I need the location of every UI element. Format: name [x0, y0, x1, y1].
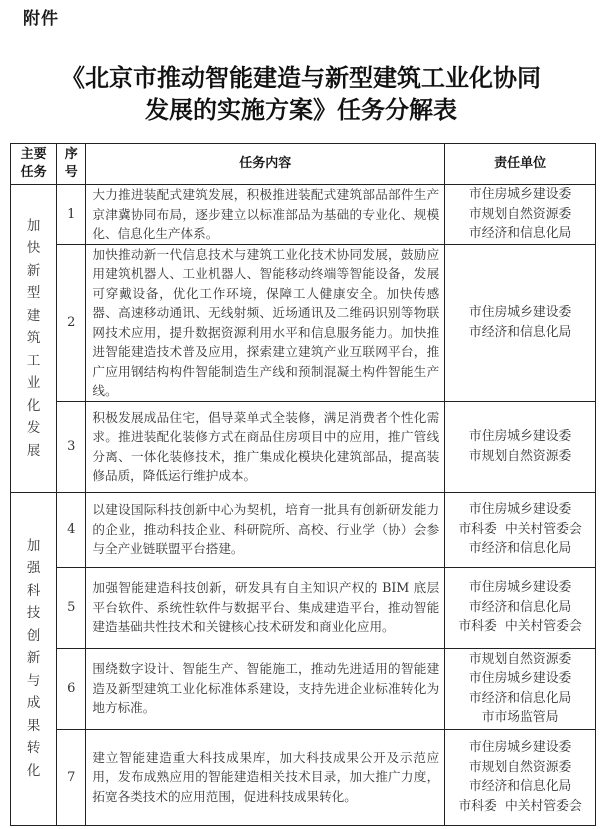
task-content: 加快推动新一代信息技术与建筑工业化技术协同发展，鼓励应用建筑机器人、工业机器人、…	[86, 244, 445, 401]
group-char: 创	[11, 625, 56, 648]
header-seq: 序 号	[57, 144, 86, 185]
responsible-units: 市住房城乡建设委 市经济和信息化局	[445, 244, 596, 401]
header-seq-line-2: 号	[57, 164, 85, 182]
group-char: 加	[11, 535, 56, 558]
unit-name: 市住房城乡建设委	[445, 669, 595, 689]
header-content: 任务内容	[86, 144, 445, 185]
group-char: 果	[11, 715, 56, 738]
table-row: 加 快 新 型 建 筑 工 业 化 发 展 1 大力推进装配式建筑发展，积极推进…	[11, 185, 596, 245]
responsible-units: 市规划自然资源委 市住房城乡建设委 市经济和信息化局 市市场监管局	[445, 648, 596, 729]
unit-name: 市规划自然资源委	[445, 205, 595, 225]
group-char: 与	[11, 670, 56, 693]
group-char: 强	[11, 557, 56, 580]
unit-name: 市住房城乡建设委	[445, 303, 595, 323]
header-seq-line-1: 序	[57, 146, 85, 164]
header-main-task-line-2: 任务	[11, 164, 56, 182]
header-main-task-line-1: 主要	[11, 146, 56, 164]
group-char: 加	[11, 215, 56, 238]
unit-name: 市经济和信息化局	[445, 777, 595, 797]
seq-number: 7	[57, 729, 86, 825]
unit-name: 市科委 中关村管委会	[445, 617, 595, 637]
seq-number: 5	[57, 567, 86, 648]
group-char: 转	[11, 737, 56, 760]
unit-name: 市住房城乡建设委	[445, 500, 595, 520]
responsible-units: 市住房城乡建设委 市科委 中关村管委会 市经济和信息化局	[445, 492, 596, 567]
group-char: 成	[11, 692, 56, 715]
unit-name: 市经济和信息化局	[445, 224, 595, 244]
attachment-label: 附件	[23, 4, 59, 29]
document-title-line-1: 《北京市推动智能建造与新型建筑工业化协同	[0, 58, 602, 93]
group-char: 化	[11, 760, 56, 783]
table-row: 3 积极发展成品住宅，倡导菜单式全装修，满足消费者个性化需求。推进装配化装修方式…	[11, 401, 596, 492]
unit-name: 市规划自然资源委	[445, 447, 595, 467]
header-main-task: 主要 任务	[11, 144, 57, 185]
responsible-units: 市住房城乡建设委 市规划自然资源委 市经济和信息化局 市科委 中关村管委会	[445, 729, 596, 825]
group-char: 业	[11, 372, 56, 395]
unit-name: 市经济和信息化局	[445, 598, 595, 618]
seq-number: 1	[57, 185, 86, 245]
unit-name: 市市场监管局	[445, 708, 595, 728]
group-char: 建	[11, 305, 56, 328]
unit-name: 市规划自然资源委	[445, 650, 595, 670]
group-char: 发	[11, 417, 56, 440]
seq-number: 3	[57, 401, 86, 492]
unit-name: 市规划自然资源委	[445, 758, 595, 778]
document-title-line-2: 发展的实施方案》任务分解表	[0, 90, 602, 125]
main-task-group-2: 加 强 科 技 创 新 与 成 果 转 化	[11, 492, 57, 825]
unit-name: 市住房城乡建设委	[445, 185, 595, 205]
group-char: 技	[11, 602, 56, 625]
table-row: 7 建立智能建造重大科技成果库，加大科技成果公开及示范应用，发布成熟应用的智能建…	[11, 729, 596, 825]
unit-name: 市科委 中关村管委会	[445, 520, 595, 540]
group-char: 科	[11, 580, 56, 603]
table-row: 5 加强智能建造科技创新，研发具有自主知识产权的 BIM 底层平台软件、系统性软…	[11, 567, 596, 648]
group-char: 快	[11, 237, 56, 260]
unit-name: 市经济和信息化局	[445, 323, 595, 343]
responsible-units: 市住房城乡建设委 市规划自然资源委 市经济和信息化局	[445, 185, 596, 245]
group-char: 型	[11, 282, 56, 305]
table-row: 2 加快推动新一代信息技术与建筑工业化技术协同发展，鼓励应用建筑机器人、工业机器…	[11, 244, 596, 401]
task-content: 以建设国际科技创新中心为契机，培育一批具有创新研发能力的企业，推动科技企业、科研…	[86, 492, 445, 567]
group-char: 展	[11, 440, 56, 463]
group-char: 新	[11, 260, 56, 283]
seq-number: 4	[57, 492, 86, 567]
responsible-units: 市住房城乡建设委 市规划自然资源委	[445, 401, 596, 492]
table-row: 6 围绕数字设计、智能生产、智能施工，推动先进适用的智能建造及新型建筑工业化标准…	[11, 648, 596, 729]
unit-name: 市住房城乡建设委	[445, 738, 595, 758]
task-content: 大力推进装配式建筑发展，积极推进装配式建筑部品部件生产京津冀协同布局，逐步建立以…	[86, 185, 445, 245]
group-char: 工	[11, 350, 56, 373]
task-content: 建立智能建造重大科技成果库，加大科技成果公开及示范应用，发布成熟应用的智能建造相…	[86, 729, 445, 825]
group-char: 筑	[11, 327, 56, 350]
unit-name: 市科委 中关村管委会	[445, 797, 595, 817]
unit-name: 市住房城乡建设委	[445, 427, 595, 447]
task-content: 加强智能建造科技创新，研发具有自主知识产权的 BIM 底层平台软件、系统性软件与…	[86, 567, 445, 648]
main-task-group-1: 加 快 新 型 建 筑 工 业 化 发 展	[11, 185, 57, 493]
unit-name: 市经济和信息化局	[445, 539, 595, 559]
task-content: 积极发展成品住宅，倡导菜单式全装修，满足消费者个性化需求。推进装配化装修方式在商…	[86, 401, 445, 492]
group-char: 新	[11, 647, 56, 670]
unit-name: 市住房城乡建设委	[445, 578, 595, 598]
seq-number: 2	[57, 244, 86, 401]
task-breakdown-table: 主要 任务 序 号 任务内容 责任单位 加 快 新 型 建 筑 工 业 化	[10, 143, 596, 826]
table-row: 加 强 科 技 创 新 与 成 果 转 化 4 以建设国际科技创新中心为契机，培…	[11, 492, 596, 567]
task-content: 围绕数字设计、智能生产、智能施工，推动先进适用的智能建造及新型建筑工业化标准体系…	[86, 648, 445, 729]
group-char: 化	[11, 395, 56, 418]
header-responsible: 责任单位	[445, 144, 596, 185]
table-header-row: 主要 任务 序 号 任务内容 责任单位	[11, 144, 596, 185]
seq-number: 6	[57, 648, 86, 729]
unit-name: 市经济和信息化局	[445, 689, 595, 709]
responsible-units: 市住房城乡建设委 市经济和信息化局 市科委 中关村管委会	[445, 567, 596, 648]
